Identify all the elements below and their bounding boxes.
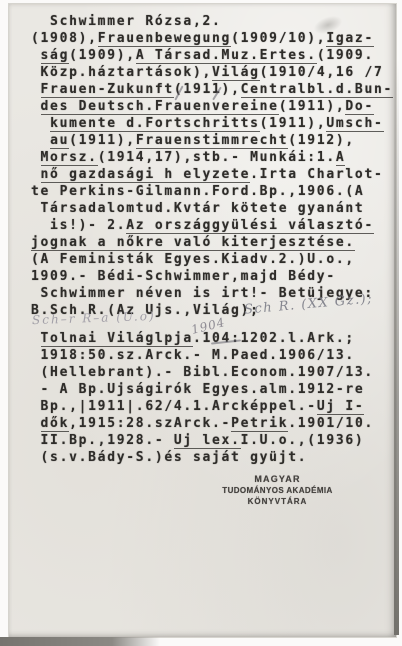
typed-line: Frauen-Zukunft(1911),Centralbl.d.Bun-	[31, 81, 393, 98]
typed-segment: Schwimmer Rózsa,2.	[31, 14, 222, 29]
typed-line: des Deutsch.Frauenvereine(1911),Do-	[31, 98, 393, 115]
typed-segment-underlined: Frauenstimmrecht	[136, 133, 288, 149]
typed-segment: (1911),	[279, 99, 346, 114]
typed-segment: Bp.,|1911|.62/4.1.Arcképpel.-	[31, 399, 317, 414]
typed-segment: (1911),	[260, 116, 327, 131]
typed-segment-underlined: Tolnai Világlpja	[41, 331, 193, 347]
typed-line: II.Bp.,1928.- Uj lex.I.U.o.,(1936)	[31, 432, 374, 449]
typed-segment: te Perkins-Gilmann.Ford.Bp.,1906.(A	[31, 184, 364, 199]
typed-line: Morsz.(1914,17),stb.- Munkái:1.A	[31, 149, 393, 166]
typed-segment-underlined: kumente d.Fortschritts	[50, 116, 260, 132]
catalog-card: Schwimmer Rózsa,2.(1908),Frauenbewegung(…	[8, 3, 397, 638]
typed-segment-underlined: Frauen-Zukunft	[41, 82, 174, 98]
typed-paragraph-1: Schwimmer Rózsa,2.(1908),Frauenbewegung(…	[31, 13, 393, 319]
typed-segment-underlined: jognak a nőkre való kiterjesztése.	[31, 235, 355, 251]
typed-segment-underlined: des Deutsch.Frauenvereine	[41, 99, 279, 115]
typed-line: (s.v.Bády-S.)és saját gyüjt.	[31, 449, 374, 466]
typed-segment: (A Feministák Egyes.Kiadv.2.)U.o.,	[31, 252, 355, 267]
scan-edge-artifact	[394, 60, 399, 635]
typed-segment: (Hellebrant).- Bibl.Econom.1907/13.	[31, 365, 374, 380]
typed-line: Közp.háztartások),Világ(1910/4,16 /7	[31, 64, 393, 81]
typed-line: (A Feministák Egyes.Kiadv.2.)U.o.,	[31, 251, 393, 268]
typed-line: ság(1909),A Társad.Muz.Ertes.(1909.	[31, 47, 393, 64]
typed-segment	[31, 416, 41, 431]
typed-line: dők,1915:28.szArck.-Petrik.1901/10.	[31, 415, 374, 432]
typed-segment: (1908),	[31, 31, 98, 46]
typed-segment	[31, 116, 50, 131]
scan-edge-artifact	[0, 637, 160, 646]
typed-segment-underlined: nő gazdasági h elyzete	[41, 167, 251, 183]
typed-segment: (1911),	[174, 82, 241, 97]
typed-segment-underlined: au	[50, 133, 69, 149]
typed-line: is!)- 2.Az országgyülési választó-	[31, 217, 393, 234]
typed-line: Társadalomtud.Kvtár kötete gyanánt	[31, 200, 393, 217]
typed-segment	[31, 150, 41, 165]
typed-segment-underlined: Frauenbewegung	[98, 31, 231, 47]
typed-line: te Perkins-Gilmann.Ford.Bp.,1906.(A	[31, 183, 393, 200]
typed-segment	[31, 99, 41, 114]
typed-segment-underlined: Uj I-	[317, 399, 365, 415]
typed-segment: is!)- 2.	[31, 218, 126, 233]
library-stamp: MAGYAR TUDOMÁNYOS AKADÉMIA KÖNYVTÁRA	[200, 474, 355, 506]
typed-segment: - A Bp.Ujságirók Egyes.alm.1912-re	[31, 382, 364, 397]
typed-line: (Hellebrant).- Bibl.Econom.1907/13.	[31, 364, 374, 381]
typed-segment-underlined: Uj lex.	[174, 433, 241, 449]
typed-paragraph-2: Tolnai Világlpja.104:1202.l.Ark.; 1918:5…	[31, 330, 374, 466]
typed-segment: (1909.	[317, 48, 374, 63]
typed-segment	[31, 331, 41, 346]
typed-segment: 1918:50.sz.Arck.- M.Paed.1906/13.	[31, 348, 355, 363]
typed-segment-underlined: A	[336, 150, 346, 166]
typed-segment: Társadalomtud.Kvtár kötete gyanánt	[31, 201, 364, 216]
typed-segment-underlined: Do-	[345, 99, 374, 115]
typed-line: - A Bp.Ujságirók Egyes.alm.1912-re	[31, 381, 374, 398]
typed-segment: (1910/4,16 /7	[260, 65, 384, 80]
typed-segment	[31, 48, 41, 63]
typed-segment-underlined: Világ	[212, 65, 260, 81]
typed-segment	[31, 167, 41, 182]
typed-segment-underlined: Igaz-	[326, 31, 374, 47]
typed-segment-underlined: Morsz.	[41, 150, 98, 166]
typed-segment-underlined: Petrik	[231, 416, 288, 432]
typed-segment-underlined: ság	[41, 48, 70, 64]
typed-line: nő gazdasági h elyzete.Irta Charlot-	[31, 166, 393, 183]
stamp-line-2: TUDOMÁNYOS AKADÉMIA	[200, 486, 355, 495]
typed-segment: .1901/10.	[288, 416, 374, 431]
typed-line: 1918:50.sz.Arck.- M.Paed.1906/13.	[31, 347, 374, 364]
typed-segment-underlined: Umsch-	[326, 116, 383, 132]
typed-segment-underlined: A Társad.Muz.Ertes.	[136, 48, 317, 64]
typed-segment: .Irta Charlot-	[250, 167, 383, 182]
typed-segment: (1909/10),	[231, 31, 326, 46]
handwritten-pencil-note: Sch–r R–a (U.o)	[32, 309, 156, 327]
typed-segment	[31, 133, 50, 148]
typed-line: (1908),Frauenbewegung(1909/10),Igaz-	[31, 30, 393, 47]
typed-line: 1909.- Bédi-Schwimmer,majd Bédy-	[31, 268, 393, 285]
typed-segment	[31, 82, 41, 97]
typed-segment-underlined: Centralbl.d.Bun-	[241, 82, 393, 98]
typed-line: kumente d.Fortschritts(1911),Umsch-	[31, 115, 393, 132]
typed-segment: (1914,17),stb.- Munkái:1.	[98, 150, 336, 165]
typed-segment: (1911),	[69, 133, 136, 148]
typed-segment: I.U.o.,(1936)	[241, 433, 365, 448]
typed-segment: (1909),	[69, 48, 136, 63]
typed-segment: Közp.háztartások),	[31, 65, 212, 80]
typed-line: jognak a nőkre való kiterjesztése.	[31, 234, 393, 251]
typed-segment-underlined: dők	[41, 416, 70, 432]
stamp-line-3: KÖNYVTÁRA	[200, 497, 355, 506]
typed-segment: (s.v.Bády-S.)és saját gyüjt.	[31, 450, 307, 465]
typed-line: Bp.,|1911|.62/4.1.Arcképpel.-Uj I-	[31, 398, 374, 415]
typed-line: au(1911),Frauenstimmrecht(1912),	[31, 132, 393, 149]
scanned-page: Schwimmer Rózsa,2.(1908),Frauenbewegung(…	[0, 0, 402, 646]
typed-segment: (1912),	[288, 133, 355, 148]
typed-segment: 1909.- Bédi-Schwimmer,majd Bédy-	[31, 269, 336, 284]
typed-segment: II.Bp.,1928.-	[31, 433, 174, 448]
typed-segment: ,1915:28.szArck.-	[69, 416, 231, 431]
stamp-line-1: MAGYAR	[200, 474, 355, 484]
typed-segment-underlined: Az országgyülési választó-	[126, 218, 374, 234]
